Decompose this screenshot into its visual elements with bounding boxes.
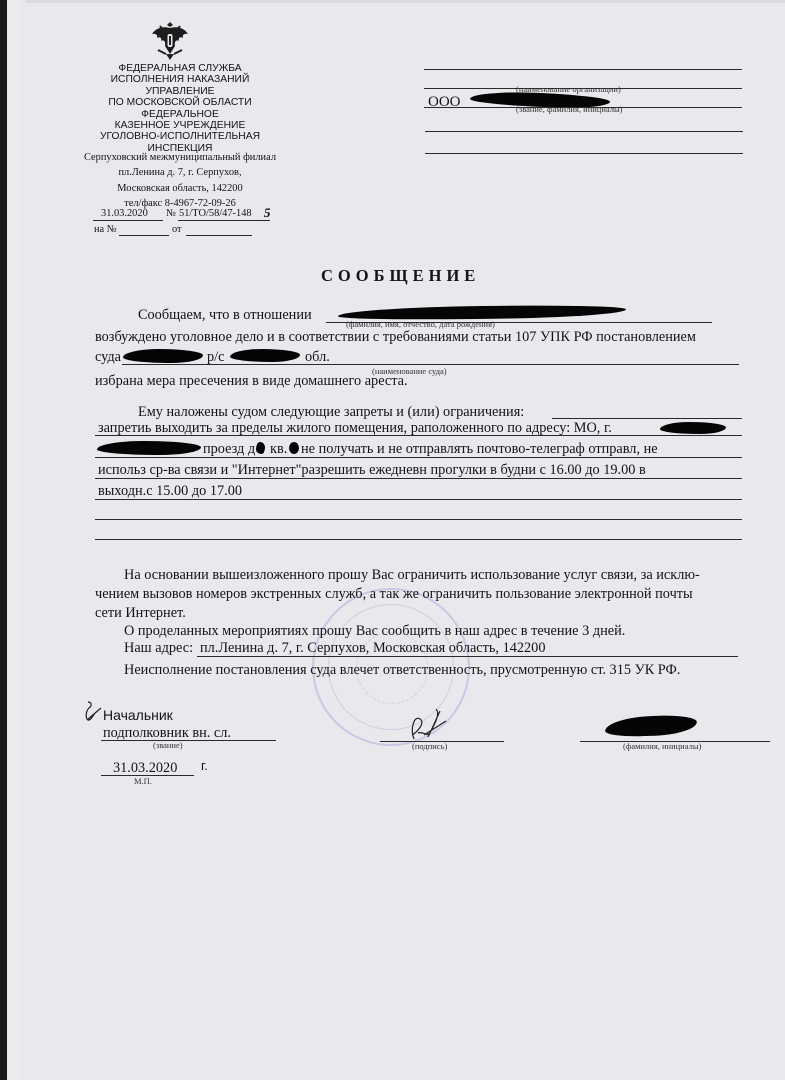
redaction	[256, 442, 265, 454]
date-suffix: г.	[201, 758, 208, 773]
subject-caption: (фамилия, имя, отчество, дата рождения)	[346, 319, 495, 329]
document-page: ФЕДЕРАЛЬНАЯ СЛУЖБА ИСПОЛНЕНИЯ НАКАЗАНИЙ …	[0, 0, 785, 1080]
court-prefix: суда	[95, 349, 121, 366]
recipient-org-prefix: ООО	[428, 94, 461, 111]
address-line: Московская область, 142200	[64, 181, 296, 196]
restriction-rule	[95, 457, 742, 458]
restrictions-field	[552, 418, 742, 419]
liability-line: Неисполнение постановления суда влечет о…	[124, 662, 680, 679]
date-underline	[93, 220, 163, 221]
org-line: КАЗЕННОЕ УЧРЕЖДЕНИЕ	[64, 120, 296, 131]
outgoing-date: 31.03.2020	[101, 208, 148, 219]
restriction-rule	[95, 478, 742, 479]
number-underline	[178, 220, 270, 221]
address-underline	[197, 656, 738, 657]
redaction	[289, 442, 299, 454]
our-address-label: Наш адрес:	[124, 640, 193, 657]
scan-edge-shadow	[0, 0, 7, 1080]
org-line: УГОЛОВНО-ИСПОЛНИТЕЛЬНАЯ	[64, 131, 296, 142]
redaction	[123, 349, 203, 363]
scan-edge	[7, 0, 21, 1080]
sender-address-block: Серпуховский межмуниципальный филиал пл.…	[64, 150, 296, 212]
restriction-line: не получать и не отправлять почтово-теле…	[301, 441, 658, 458]
request-line: На основании вышеизложенного прошу Вас о…	[124, 567, 700, 584]
restriction-rule	[95, 435, 742, 436]
rank-underline	[101, 740, 276, 741]
org-line: ФЕДЕРАЛЬНОЕ	[64, 109, 296, 120]
document-title: СООБЩЕНИЕ	[321, 266, 480, 286]
person-caption: (звание, фамилия, инициалы)	[516, 104, 623, 114]
our-address: пл.Ленина д. 7, г. Серпухов, Московская …	[200, 640, 545, 657]
reply-from-field	[186, 235, 252, 236]
court-suffix: обл.	[305, 349, 330, 366]
org-line: УПРАВЛЕНИЕ	[64, 86, 296, 97]
p1-line4: избрана мера пресечения в виде домашнего…	[95, 373, 408, 390]
report-line: О проделанных мероприятиях прошу Вас соо…	[124, 623, 625, 640]
p1-intro: Сообщаем, что в отношении	[138, 307, 312, 324]
reply-to-label: на №	[94, 224, 117, 235]
sender-organization: ФЕДЕРАЛЬНАЯ СЛУЖБА ИСПОЛНЕНИЯ НАКАЗАНИЙ …	[64, 63, 296, 154]
request-line: чением вызовов номеров экстренных служб,…	[95, 586, 693, 603]
outgoing-number: 51/ТО/58/47-148	[179, 208, 252, 219]
redaction	[97, 441, 201, 455]
signature-icon	[400, 705, 448, 743]
restriction-line: проезд д	[203, 441, 255, 458]
seal-caption: М.П.	[134, 776, 152, 786]
restriction-line: использ ср-ва связи и "Интернет"разрешит…	[98, 462, 646, 479]
org-line: ФЕДЕРАЛЬНАЯ СЛУЖБА	[64, 63, 296, 74]
number-sign: №	[166, 208, 176, 219]
restrictions-intro: Ему наложены судом следующие запреты и (…	[138, 404, 524, 421]
branch-name: Серпуховский межмуниципальный филиал	[64, 150, 296, 165]
redaction	[604, 713, 697, 739]
restriction-line: кв.	[270, 441, 287, 458]
org-line: ИСПОЛНЕНИЯ НАКАЗАНИЙ	[64, 74, 296, 85]
double-headed-eagle-icon	[148, 20, 192, 62]
name-caption: (фамилия, инициалы)	[623, 741, 701, 751]
org-line: ПО МОСКОВСКОЙ ОБЛАСТИ	[64, 97, 296, 108]
restriction-line: выходн.с 15.00 до 17.00	[98, 483, 242, 500]
reply-to-field	[119, 235, 169, 236]
reply-from-label: от	[172, 224, 182, 235]
recipient-line	[425, 153, 743, 154]
request-line: сети Интернет.	[95, 605, 186, 622]
handwritten-digit: 5	[263, 205, 272, 221]
restriction-rule	[95, 539, 742, 540]
recipient-line	[424, 69, 742, 70]
restriction-rule	[95, 499, 742, 500]
p1-line2: возбуждено уголовное дело и в соответств…	[95, 329, 696, 346]
redaction	[660, 422, 726, 434]
address-line: пл.Ленина д. 7, г. Серпухов,	[64, 165, 296, 180]
restriction-rule	[95, 519, 742, 520]
signature-caption: (подпись)	[412, 741, 447, 751]
rank-caption: (звание)	[153, 740, 183, 750]
recipient-line	[425, 131, 743, 132]
court-mid: р/с	[207, 349, 224, 366]
scan-top-edge	[25, 0, 785, 3]
signer-position: Начальник	[103, 707, 173, 723]
redaction	[230, 349, 300, 362]
